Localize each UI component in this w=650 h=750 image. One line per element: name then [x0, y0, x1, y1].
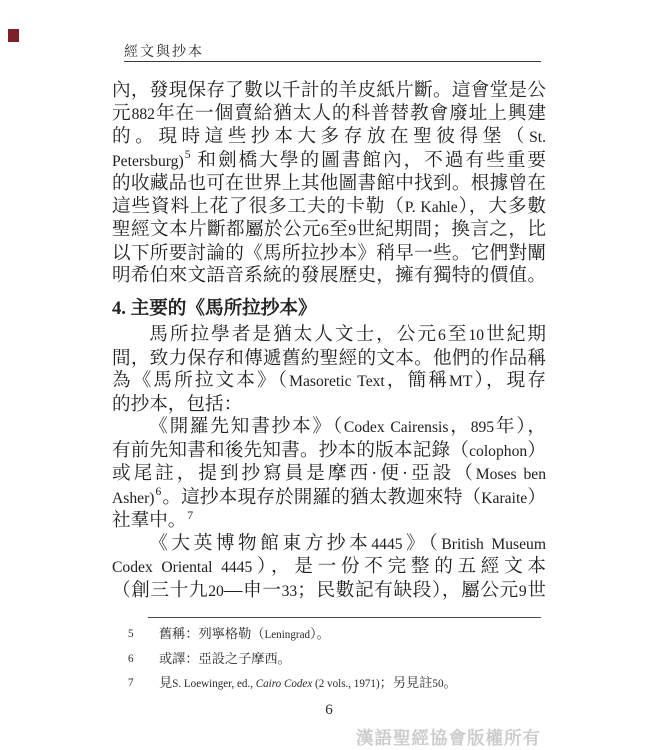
footnote-item: 5舊稱：列寧格勒（Leningrad）。	[112, 622, 546, 647]
text-line: 《開羅先知書抄本》（Codex Cairensis，895年），	[112, 416, 546, 440]
latin-text: 9	[519, 583, 527, 600]
text-line: 馬所拉學者是猶太人文士，公元6至10世紀期	[112, 324, 546, 348]
text-line: 《大英博物館東方抄本4445》（British Museum	[112, 533, 546, 557]
watermark: 漢語聖經協會版權所有	[356, 725, 541, 750]
text-line: Codex Oriental 4445），是一份不完整的五經文本	[112, 556, 546, 580]
footnote-rule	[148, 617, 541, 618]
latin-text	[191, 153, 197, 170]
latin-text: 50	[432, 678, 443, 690]
text-line: 元882年在一個賣給猶太人的科普替教會廢址上興建	[112, 103, 546, 127]
footnote-ref: 6	[155, 486, 161, 498]
latin-text: 895	[471, 419, 494, 436]
section-heading: 4. 主要的《馬所拉抄本》	[112, 298, 546, 321]
text-line: 社羣中。7	[112, 510, 546, 533]
latin-text: P. Kahle	[405, 199, 458, 216]
paragraph: 《開羅先知書抄本》（Codex Cairensis，895年），有前先知書和後先…	[112, 416, 546, 533]
italic-text: Cairo Codex	[256, 678, 313, 690]
text-line: 明希伯來文語音系統的發展歷史，擁有獨特的價值。	[112, 265, 546, 288]
footnote-item: 7見S. Loewinger, ed., Cairo Codex (2 vols…	[112, 671, 546, 696]
text-line: Petersburg)5 和劍橋大學的圖書館內，不過有些重要	[112, 150, 546, 174]
footnote-number: 7	[112, 671, 159, 696]
header-rule	[124, 61, 541, 62]
latin-text: MT	[449, 373, 472, 390]
text-line: Asher)6。這抄本現存於開羅的猶太教迦來特（Karaite）	[112, 487, 546, 511]
latin-text: 10	[468, 327, 484, 344]
footnote-ref: 7	[187, 510, 193, 522]
page-number: 6	[112, 702, 546, 719]
text-line: 聖經文本片斷都屬於公元6至9世紀期間；換言之，比	[112, 219, 546, 243]
latin-text: 6	[438, 327, 446, 344]
latin-text: Leningrad	[265, 629, 311, 641]
latin-text: (2 vols., 1971)	[312, 678, 379, 690]
text-line: 的。現時這些抄本大多存放在聖彼得堡（St.	[112, 126, 546, 150]
footnote-text: 見S. Loewinger, ed., Cairo Codex (2 vols.…	[159, 671, 546, 696]
footnote-number: 5	[112, 622, 159, 647]
text-line: 間，致力保存和傳遞舊約聖經的文本。他們的作品稱	[112, 348, 546, 371]
text-line: 這些資料上花了很多工夫的卡勒（P. Kahle），大多數	[112, 196, 546, 220]
text-line: 為《馬所拉文本》（Masoretic Text，簡稱MT），現存	[112, 370, 546, 394]
latin-text: British Museum	[441, 536, 546, 553]
running-head: 經文與抄本	[124, 41, 204, 61]
book-page: 經文與抄本 內，發現保存了數以千計的羊皮紙片斷。這會堂是公元882年在一個賣給猶…	[0, 0, 650, 750]
latin-text: 33	[282, 583, 298, 600]
text-line: 的抄本，包括：	[112, 394, 546, 417]
footnote-item: 6或譯：亞設之子摩西。	[112, 647, 546, 671]
footnote-ref: 5	[185, 149, 191, 161]
latin-text: S. Loewinger, ed.,	[172, 678, 256, 690]
paragraph: 馬所拉學者是猶太人文士，公元6至10世紀期間，致力保存和傳遞舊約聖經的文本。他們…	[112, 324, 546, 416]
latin-text: St.	[529, 129, 546, 146]
text-line: 的收藏品也可在世界上其他圖書館中找到。根據曾在	[112, 173, 546, 196]
text-line: 或尾註，提到抄寫員是摩西·便·亞設（Moses ben	[112, 463, 546, 487]
latin-text: Codex Cairensis	[344, 419, 449, 436]
text-line: 有前先知書和後先知書。抄本的版本記錄（colophon）	[112, 440, 546, 464]
text-line: （創三十九20—申一33；民數記有缺段），屬公元9世	[112, 580, 546, 604]
latin-text: 6	[321, 222, 329, 239]
paragraph: 內，發現保存了數以千計的羊皮紙片斷。這會堂是公元882年在一個賣給猶太人的科普替…	[112, 80, 546, 288]
latin-text: 9	[348, 222, 356, 239]
corner-marker	[8, 29, 19, 42]
text-line: 內，發現保存了數以千計的羊皮紙片斷。這會堂是公	[112, 80, 546, 103]
latin-text: 20	[208, 583, 224, 600]
latin-text: Codex Oriental 4445	[112, 559, 252, 576]
footnotes: 5舊稱：列寧格勒（Leningrad）。6或譯：亞設之子摩西。7見S. Loew…	[112, 622, 546, 697]
footnote-text: 或譯：亞設之子摩西。	[159, 647, 546, 671]
latin-text: Karaite	[481, 490, 527, 507]
text-line: 以下所要討論的《馬所拉抄本》稍早一些。它們對闡	[112, 243, 546, 266]
latin-text: 4445	[371, 536, 402, 553]
latin-text: colophon	[469, 443, 527, 460]
latin-text: Masoretic Text	[289, 373, 385, 390]
body-text: 內，發現保存了數以千計的羊皮紙片斷。這會堂是公元882年在一個賣給猶太人的科普替…	[112, 80, 546, 603]
footnote-number: 6	[112, 647, 159, 671]
paragraph: 《大英博物館東方抄本4445》（British MuseumCodex Orie…	[112, 533, 546, 604]
latin-text: Asher)	[112, 490, 154, 507]
footnote-text: 舊稱：列寧格勒（Leningrad）。	[159, 622, 546, 647]
latin-text: Petersburg)	[112, 153, 184, 170]
latin-text: Moses ben	[476, 466, 546, 483]
latin-text: 882	[132, 106, 155, 123]
